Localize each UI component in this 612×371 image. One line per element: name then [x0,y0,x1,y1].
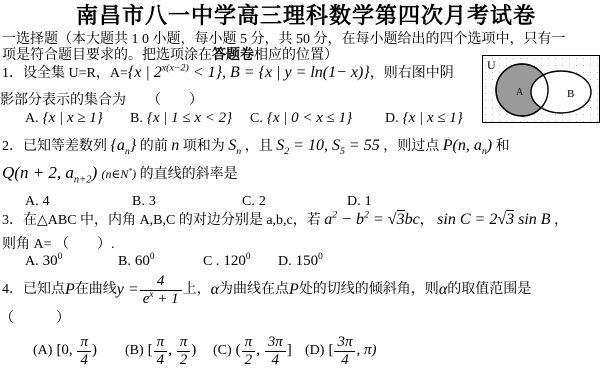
q4-text-b: 在曲线 [75,281,117,299]
q4-y-equals: y = [117,280,139,301]
venn-universe-label: U [487,58,496,72]
q4-point-p2: P [289,280,299,301]
q2-m6: = 10, S [289,137,340,154]
q3-option-c-label: C . [203,254,219,269]
q3-equation-2: sin C = 2√3 sin B [437,210,550,228]
question-3-number: 3． [2,213,23,228]
q2-option-d-value: 1 [365,194,372,209]
fraction-numerator: 3π [334,334,355,351]
q2-sum-symbol: Sn [228,137,241,154]
q2-option-b-label: B. [132,194,145,209]
q2-seq-term: {an} [111,137,137,154]
question-1-options: A.{x | x ≥ 1} B.{x | 1 ≤ x < 2} C.{x | 0… [0,110,612,134]
q4-a-fraction: π4 [77,334,91,368]
q4-b-pre: [ [148,342,153,358]
q3-option-b-label: B. [118,254,131,269]
q1-option-b-value: {x | 1 ≤ x < 2} [147,110,232,126]
q4-option-b: (B)[π4, π2) [125,334,196,368]
question-4-line-1: 4．已知点 P 在曲线 y = 4ex + 1 上，α 为曲线在点 P 处的切线… [2,272,531,308]
q2-option-c-value: 2 [259,194,266,209]
q2-text-d: ，且 [241,139,276,154]
question-2-line-2: Q(n + 2, an+2) (n∈N*) 的直线的斜率是 [2,162,238,184]
instructions-text-2b: 相应的位置） [254,48,338,63]
fraction-numerator: π [77,334,91,351]
q1-option-d-value: {x | x ≤ 1} [403,110,463,126]
question-1-number: 1． [2,66,23,81]
q3-text-c: ， [551,213,569,228]
degree-sup: 0 [246,252,251,262]
question-4-line-2: （ ） [0,310,70,328]
q3-option-a: A.300 [25,253,62,270]
q3-equation-1: a2 − b2 = √3bc [324,211,419,228]
q1-exponent: x(x−2) [162,63,189,74]
q2-point-q: Q(n + 2, an+2) [2,163,101,182]
radical-sign: √ [497,211,506,228]
q4-d-post: , π) [356,342,376,358]
q1-option-b-label: B. [130,111,143,126]
q4-option-c-label: (C) [213,343,232,358]
q4-b-mid: , [168,342,176,358]
q4-text-d: 为曲线在点 [219,281,289,299]
q2-l2m1: Q(n + 2, a [2,163,74,182]
q2-text-a: 已知等差数列 [23,139,111,154]
q1-option-d-label: D. [385,111,399,126]
q1-option-b: B.{x | 1 ≤ x < 2} [130,110,232,127]
q2-text-c: 项和为 [179,139,228,154]
q2-l2m2: ) [92,163,102,182]
fraction-numerator: π [242,334,256,351]
q3-d-num: 150 [296,253,319,269]
q2-domain-note: (n∈N*) [101,167,136,181]
q1-option-a-label: A. [25,111,39,126]
q1-formula-rest: < 1}, B = {x | y = ln(1− x)} [189,64,370,81]
venn-set-b [531,71,591,113]
q4-option-d: (D)[3π4, π) [305,334,376,368]
q2-option-c-label: C. [242,194,255,209]
degree-sup: 0 [150,252,155,262]
question-4-options: (A)[0, π4) (B)[π4, π2) (C)(π2, 3π4] (D)[… [0,328,612,368]
q1-option-c-value: {x | 0 < x ≤ 1} [267,110,352,126]
q3-option-b-value: 600 [135,253,155,269]
q4-text-c: 上， [183,281,211,299]
q1-formula-sets: {x | 2x(x−2) < 1}, B = {x | y = ln(1− x)… [128,64,370,81]
q4-c-pre: ( [236,342,241,358]
q1-option-c-label: C. [250,111,263,126]
q3-a-num: 30 [43,253,58,269]
q3-option-d-label: D. [278,254,292,269]
q4-option-c: (C)(π2, 3π4] [213,334,292,368]
q3-option-b: B.600 [118,253,155,270]
q2-option-b-value: 3 [149,194,156,209]
fraction-numerator: 3π [265,334,286,351]
question-4-number: 4． [2,281,23,299]
degree-sup: 0 [58,252,63,262]
q3-option-a-label: A. [25,254,39,269]
q3-text-b: ， [420,213,438,228]
instructions-text-2a: 项是符合题目要求的。把选项涂在 [2,48,212,63]
fraction-denominator: 4 [154,351,168,369]
radicand: 3 [397,210,405,228]
question-2-number: 2． [2,139,23,154]
q2-l2s1: (n∈N [101,167,128,181]
q1-option-a: A.{x | x ≥ 1} [25,110,103,127]
q4-fd2: + 1 [154,291,179,307]
q4-c-fraction-1: π2 [242,334,256,368]
q3-m4: bc [405,211,420,228]
fraction-denominator: 2 [242,351,256,369]
q4-b-fraction-2: π2 [177,334,191,368]
q3-c-num: 120 [223,253,246,269]
radicand: 3 [506,210,514,228]
venn-set-b-label: B [567,88,574,100]
q2-text-e: ，则过点 [380,139,443,154]
q2-sum-values: S2 = 10, S5 = 55 [276,137,380,154]
q3-m2: − b [337,211,364,228]
q4-point-p1: P [65,280,75,301]
q4-b-post: ) [191,342,196,358]
q3-m3: = [369,211,388,228]
venn-set-a-label: A [516,87,524,98]
q4-alpha-1: α [211,280,219,301]
q3-b-num: 60 [135,253,150,269]
fraction-denominator: 2 [177,351,191,369]
fraction-numerator: π [154,334,168,351]
q3-option-d: D.1500 [278,253,323,270]
degree-sup: 0 [318,252,323,262]
q2-m7: = 55 [345,137,380,154]
instructions-text-1: 一选择题（本大题共 1 0 小题，每小题 5 分，共 50 分，在每小题给出的四… [2,32,566,47]
q4-a-pre: [0, [56,342,76,358]
q3-m5: sin C = 2 [437,211,497,228]
q4-option-a-label: (A) [33,343,52,358]
q4-text-a: 已知点 [23,281,65,299]
q1-formula-open: {x | 2 [128,64,162,81]
q3-text-a: 在△ABC 中，内角 A,B,C 的对边分别是 a,b,c，若 [23,213,324,228]
page-title: 南昌市八一中学高三理科数学第四次月考试卷 [0,2,612,31]
q2-text-g: 的直线的斜率是 [136,167,238,182]
q4-d-fraction: 3π4 [334,334,355,368]
q1-option-c: C.{x | 0 < x ≤ 1} [250,110,352,127]
fraction-denominator: ex + 1 [140,290,182,308]
q3-option-c-value: 1200 [223,253,250,269]
q4-option-b-label: (B) [125,343,144,358]
q4-curve-fraction: 4ex + 1 [140,273,182,307]
q4-alpha-2: α [439,280,447,301]
q4-a-post: ) [92,342,97,358]
q1-text-b: ，则右图中阴 [370,66,454,81]
q3-option-a-value: 300 [43,253,63,269]
q1-option-a-value: {x | x ≥ 1} [43,110,103,126]
fraction-numerator: 4 [140,273,182,290]
q4-option-a: (A)[0, π4) [33,334,97,368]
q2-point-p: P(n, an) [443,137,492,154]
fraction-denominator: 4 [334,351,355,369]
fraction-numerator: π [177,334,191,351]
q1-option-d: D.{x | x ≤ 1} [385,110,463,127]
q2-option-a-value: 4 [43,194,50,209]
question-1-line-2: 影部分表示的集合为 （ ） [0,92,203,110]
q2-text-f: 和 [492,139,510,154]
q4-c-fraction-2: 3π4 [265,334,286,368]
q3-option-d-value: 1500 [296,253,323,269]
q2-option-a: A.4 [25,194,50,210]
q4-text-f: 的取值范围是 [447,281,531,299]
q1-text-a: 设全集 U=R，A= [23,66,128,81]
q2-option-b: B.3 [132,194,156,210]
radical-sign: √ [388,211,397,228]
fraction-denominator: 4 [265,351,286,369]
q4-option-d-label: (D) [305,343,324,358]
q3-sqrt-2: √3 [497,210,514,228]
q2-option-a-label: A. [25,194,39,209]
q2-option-d: D.1 [347,194,372,210]
q4-c-post: ] [287,342,292,358]
q4-c-mid: , [256,342,264,358]
question-3-line-1: 3．在△ABC 中，内角 A,B,C 的对边分别是 a,b,c，若 a2 − b… [2,210,568,231]
q2-l2m1-sub: n+2 [74,174,92,185]
q4-b-fraction-1: π4 [154,334,168,368]
q2-m1: {a [111,137,125,154]
q4-text-e: 处的切线的倾斜角，则 [299,281,439,299]
q2-text-b: 的前 [136,139,171,154]
q2-m8: P(n, a [443,137,482,154]
q3-option-c: C .1200 [203,253,251,270]
fraction-denominator: 4 [77,351,91,369]
question-1-line-1: 1．设全集 U=R，A={x | 2x(x−2) < 1}, B = {x | … [2,63,454,84]
q3-m6: sin B [514,211,550,228]
q2-option-d-label: D. [347,194,361,209]
q4-d-pre: [ [328,342,333,358]
q3-sqrt-1: √3 [388,210,405,228]
answer-sheet-emphasis: 答题卷 [212,48,254,63]
question-2-line-1: 2．已知等差数列 {an} 的前 n 项和为 Sn ，且 S2 = 10, S5… [2,136,510,157]
q2-option-c: C.2 [242,194,266,210]
